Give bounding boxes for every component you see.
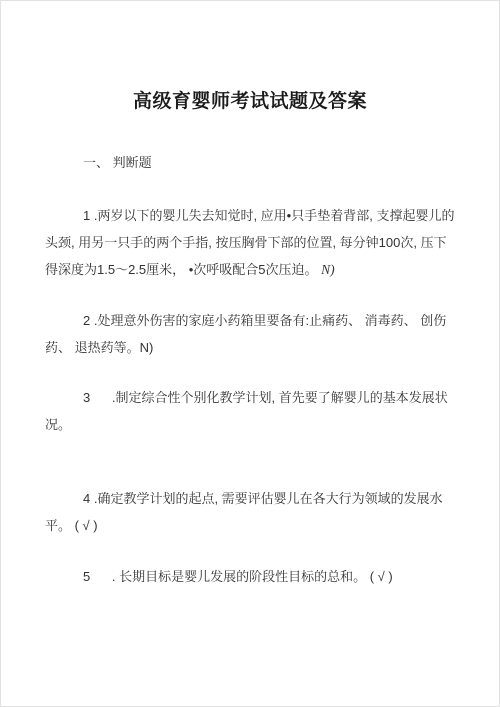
section-heading-judgment: 一、 判断题 <box>45 149 455 176</box>
question-2: 2 .处理意外伤害的家庭小药箱里要备有:止痛药、 消毒药、 创伤 药、 退热药等… <box>45 307 455 361</box>
question-1: 1 .两岁以下的婴儿失去知觉时, 应用•只手垫着背部, 支撑起婴儿的 头颈, 用… <box>45 202 455 283</box>
question-1-answer-marker: N) <box>321 262 335 277</box>
question-5-text: 5 . 长期目标是婴儿发展的阶段性目标的总和。 ( √ ) <box>83 569 393 584</box>
question-4: 4 .确定教学计划的起点, 需要评估婴儿在各大行为领域的发展水 平。 ( √ ) <box>45 485 455 539</box>
question-4-text: 4 .确定教学计划的起点, 需要评估婴儿在各大行为领域的发展水 平。 ( √ ) <box>45 491 443 533</box>
question-3: 3 .制定综合性个别化教学计划, 首先要了解婴儿的基本发展状 况。 <box>45 384 455 438</box>
document-page: 高级育婴师考试试题及答案 一、 判断题 1 .两岁以下的婴儿失去知觉时, 应用•… <box>0 0 500 707</box>
page-title: 高级育婴师考试试题及答案 <box>45 89 455 115</box>
question-5: 5 . 长期目标是婴儿发展的阶段性目标的总和。 ( √ ) <box>45 563 455 590</box>
question-3-text: 3 .制定综合性个别化教学计划, 首先要了解婴儿的基本发展状 况。 <box>45 390 448 432</box>
question-2-text: 2 .处理意外伤害的家庭小药箱里要备有:止痛药、 消毒药、 创伤 药、 退热药等… <box>45 313 446 355</box>
question-1-text: 1 .两岁以下的婴儿失去知觉时, 应用•只手垫着背部, 支撑起婴儿的 头颈, 用… <box>45 208 454 277</box>
question-2-answer-marker: N) <box>140 340 154 355</box>
